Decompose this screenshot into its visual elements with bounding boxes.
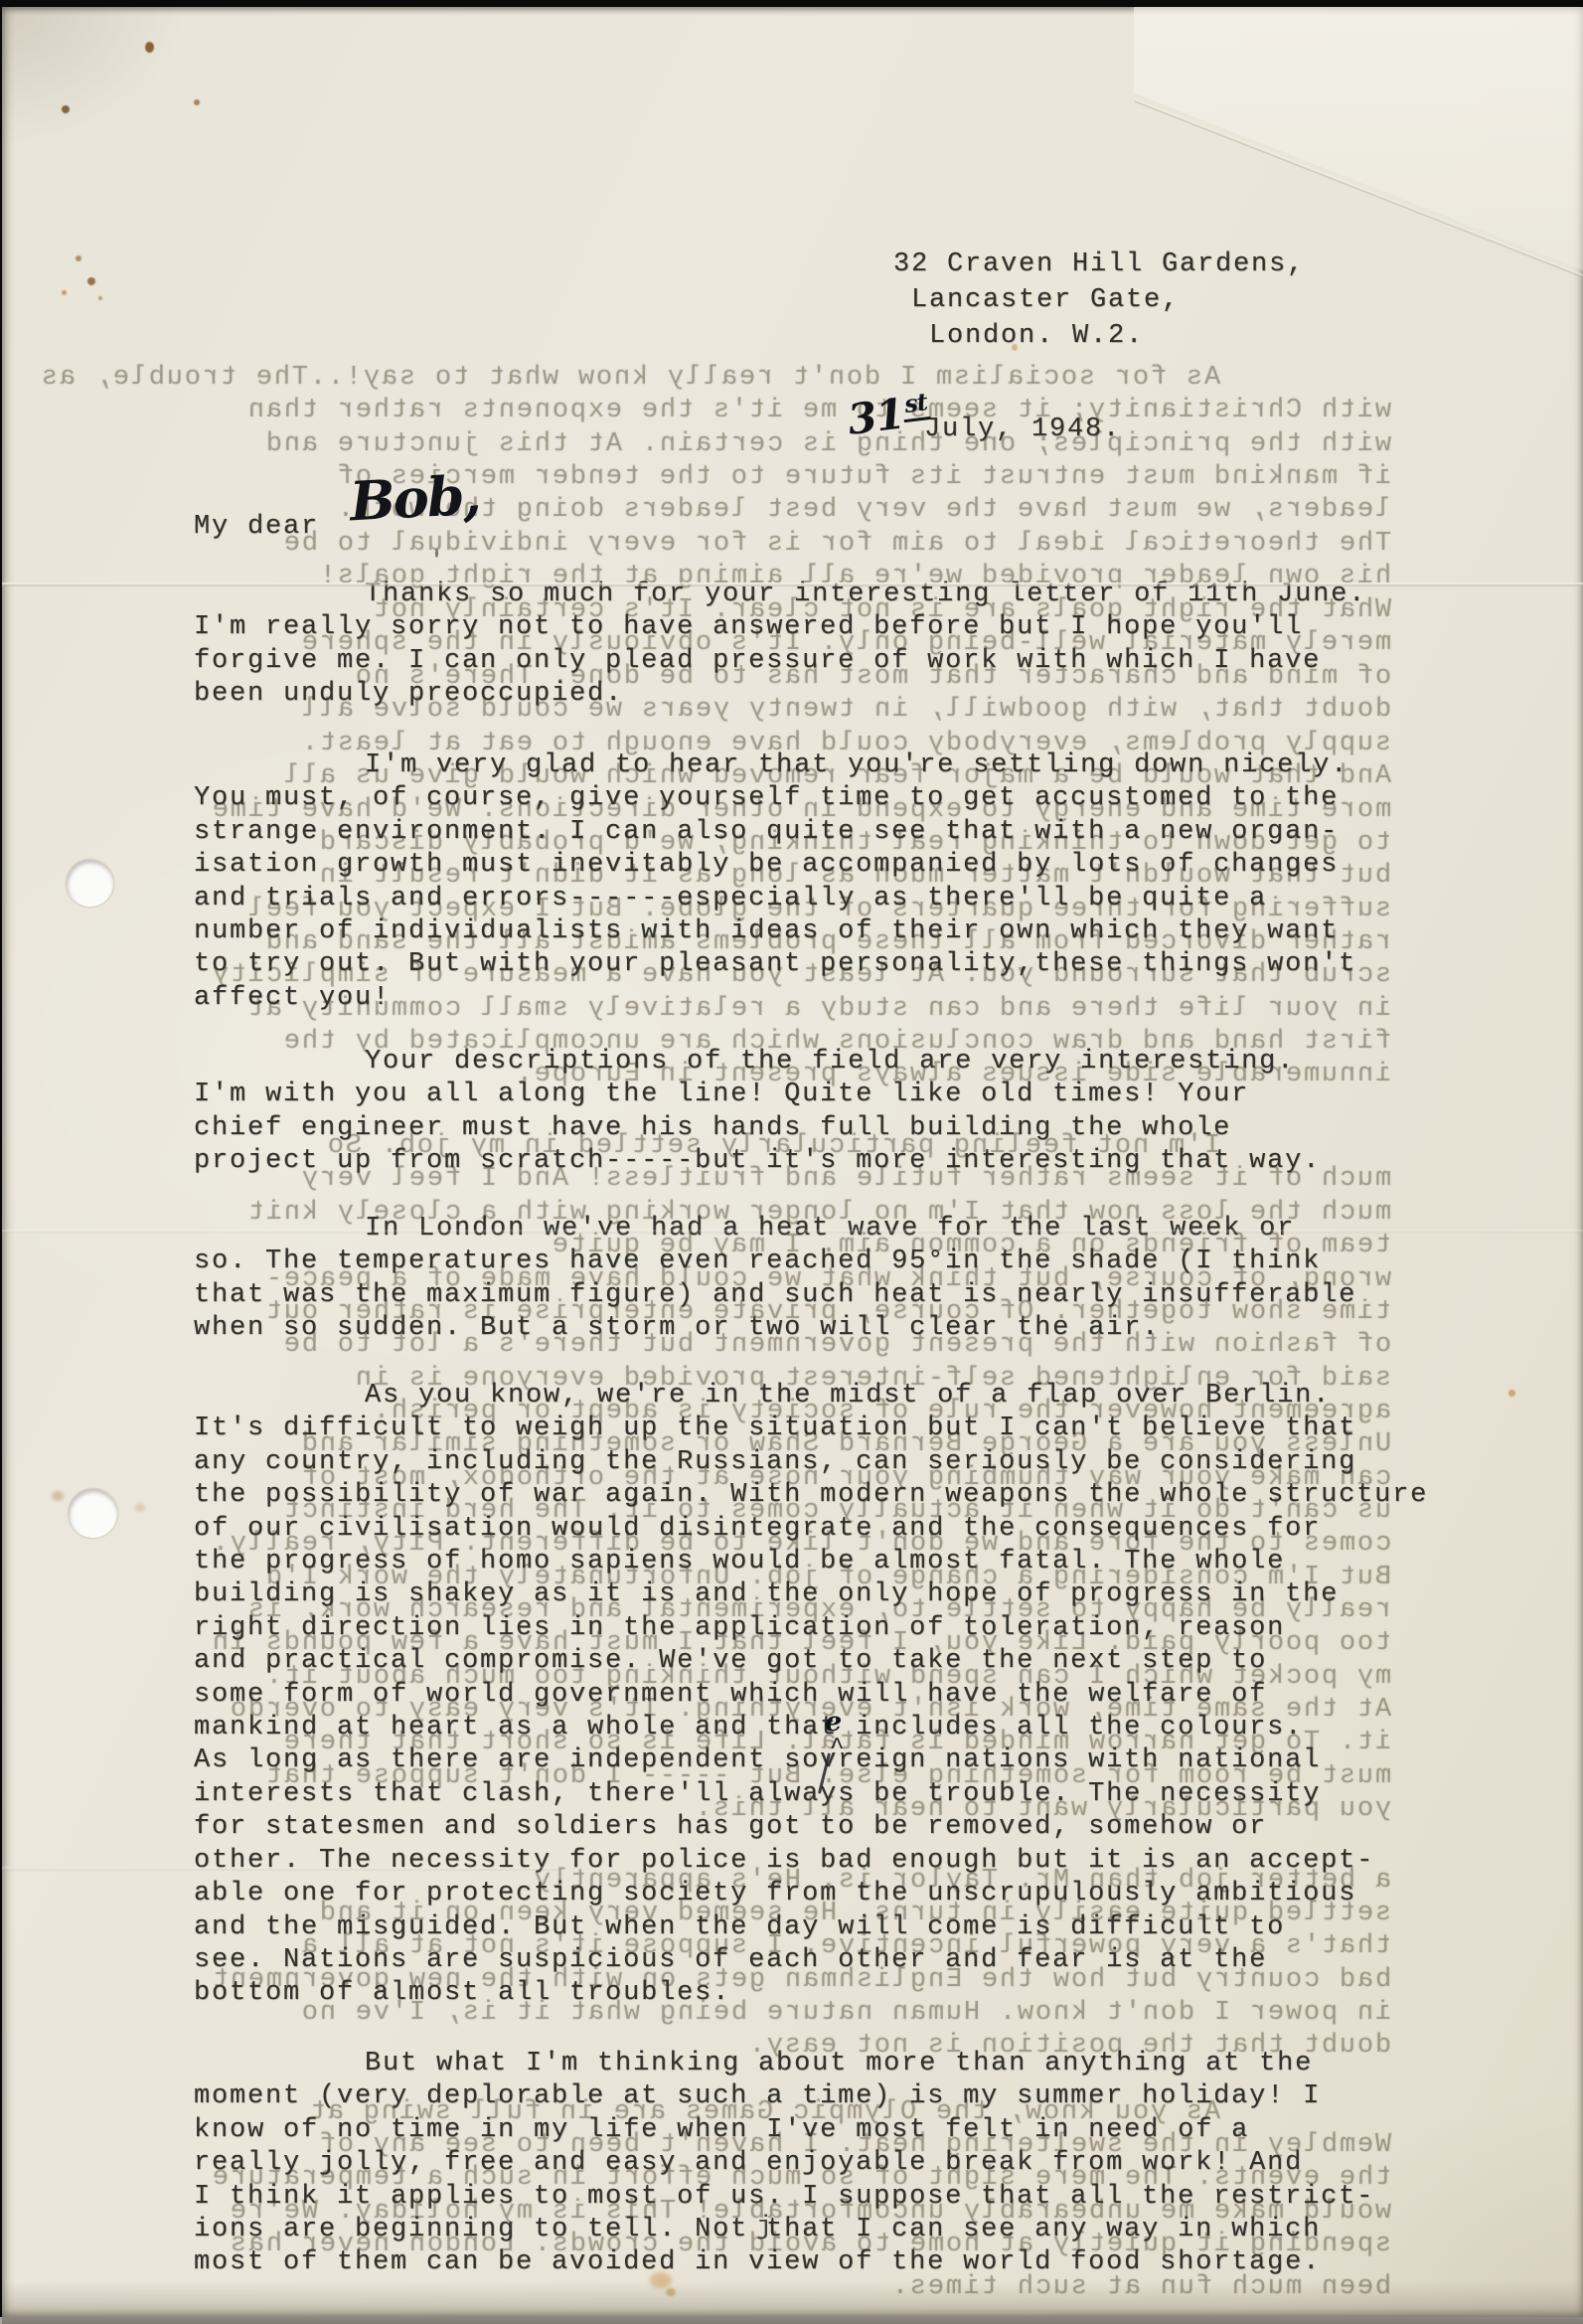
scanned-letter: As for socialism I don't really know wha…	[0, 0, 1583, 2324]
punch-hole	[69, 1489, 117, 1538]
punch-hole-layer	[2, 7, 1583, 2317]
punch-hole	[67, 860, 113, 907]
letter-page: As for socialism I don't really know wha…	[2, 7, 1583, 2317]
bottom-edge-curl-shadow	[2, 2281, 1583, 2324]
